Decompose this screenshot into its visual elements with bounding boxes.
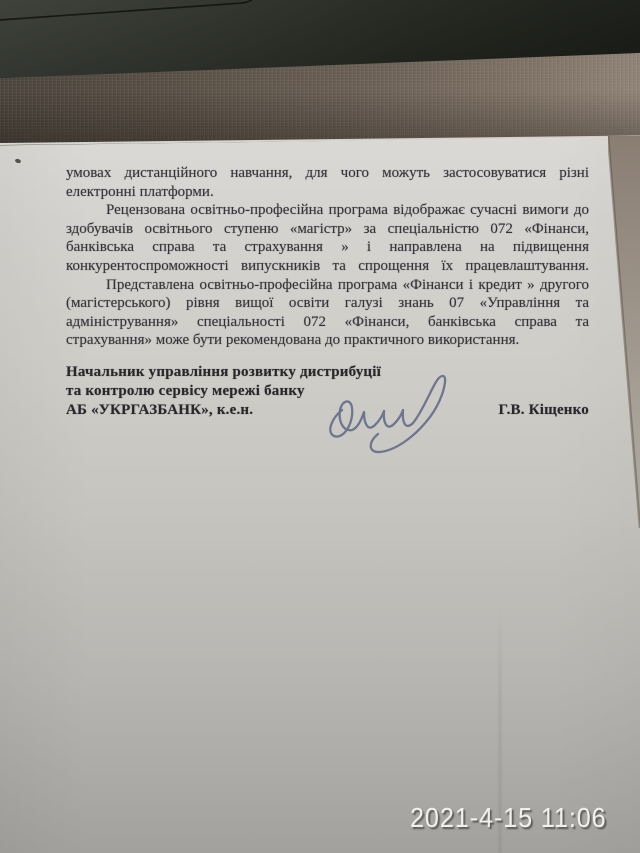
photo-scene: умовах дистанційного навчання, для чого … [0, 0, 640, 853]
text-line: страхування» може бути рекомендована до … [66, 331, 589, 350]
text-line: електронні платформи. [66, 183, 589, 202]
text-line: Представлена освітньо-професійна програм… [66, 276, 589, 295]
signoff-organization: АБ «УКРГАЗБАНК», к.е.н. [66, 401, 253, 420]
text-line: банківська справа та страхування » і нап… [66, 238, 589, 257]
text-line: Рецензована освітньо-професійна програма… [66, 201, 589, 220]
text-line: адміністрування» спеціальності 072 «Фіна… [66, 313, 589, 332]
fabric-right-edge [608, 136, 640, 528]
document-paragraphs: умовах дистанційного навчання, для чого … [66, 164, 589, 350]
text-line: здобувачів освітнього ступеню «магістр» … [66, 220, 589, 239]
signature-ink [318, 370, 468, 465]
paper-sheet: умовах дистанційного навчання, для чого … [0, 136, 640, 853]
text-line: (магістерського) рівня вищої освіти галу… [66, 294, 589, 313]
text-line: конкурентоспроможності випускників та сп… [66, 257, 589, 276]
signoff-person-name: Г.В. Кіщенко [499, 401, 589, 420]
text-line: умовах дистанційного навчання, для чого … [66, 164, 589, 183]
camera-timestamp: 2021-4-15 11:06 [410, 802, 607, 834]
dust-speck [15, 158, 22, 164]
